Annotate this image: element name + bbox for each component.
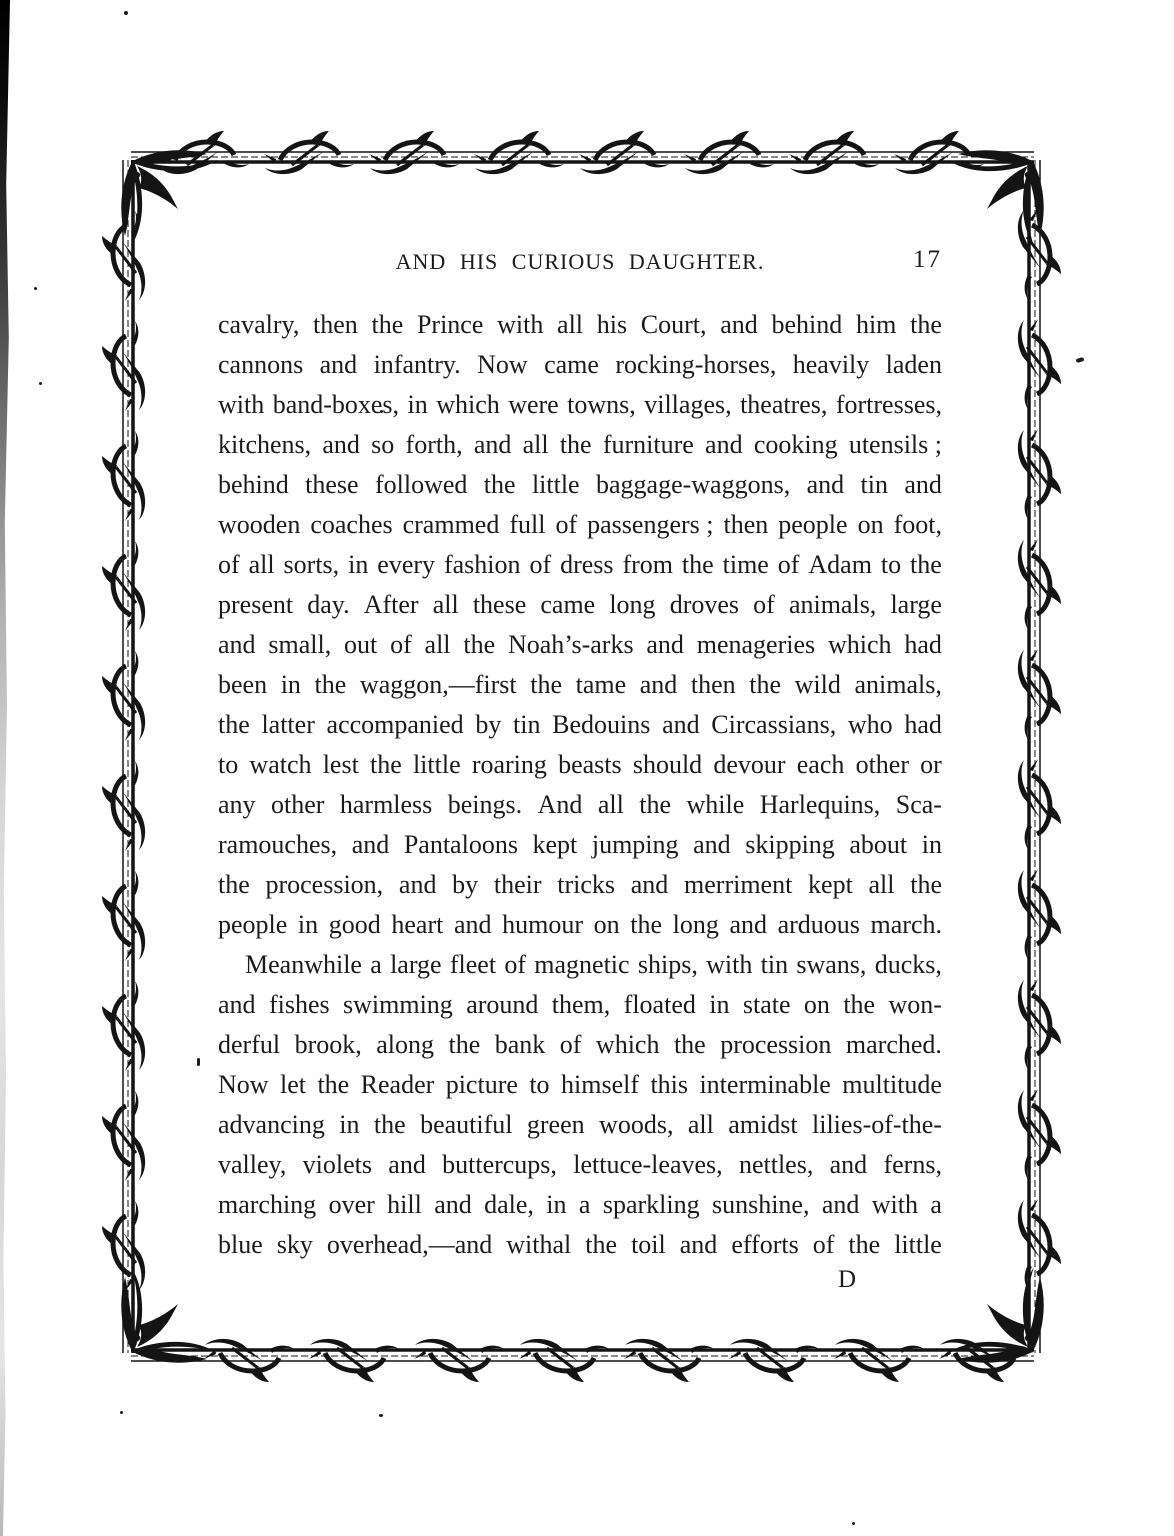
text-line: beeninthewaggon,—firstthetameandthenthew… bbox=[218, 665, 942, 705]
scan-speck bbox=[197, 1058, 200, 1066]
text-line: andsmall,outofalltheNoah’s-arksandmenage… bbox=[218, 625, 942, 665]
text-line: marchingoverhillanddale,inasparklingsuns… bbox=[218, 1185, 942, 1225]
body-text: cavalry,thenthePrincewithallhisCourt,and… bbox=[218, 305, 942, 1265]
page-number: 17 bbox=[218, 246, 942, 274]
book-page: AND HIS CURIOUS DAUGHTER. 17 cavalry,the… bbox=[0, 0, 1174, 1536]
text-line: ofallsorts,ineveryfashionofdressfromthet… bbox=[218, 545, 942, 585]
text-line: withband-boxes,inwhichweretowns,villages… bbox=[218, 385, 942, 425]
text-line: derfulbrook,alongthebankofwhichtheproces… bbox=[218, 1025, 942, 1065]
text-line: behindthesefollowedthelittlebaggage-wagg… bbox=[218, 465, 942, 505]
scan-speck bbox=[120, 1411, 123, 1414]
text-line: cavalry,thenthePrincewithallhisCourt,and… bbox=[218, 305, 942, 345]
scan-speck bbox=[34, 287, 37, 290]
signature-mark: D bbox=[838, 1266, 856, 1294]
text-line: Meanwhilealargefleetofmagneticships,with… bbox=[218, 945, 942, 985]
text-line: advancinginthebeautifulgreenwoods,allami… bbox=[218, 1105, 942, 1145]
text-line: theprocession,andbytheirtricksandmerrime… bbox=[218, 865, 942, 905]
text-line: woodencoachescrammedfullofpassengers ;th… bbox=[218, 505, 942, 545]
scan-speck bbox=[380, 410, 383, 413]
text-line: NowlettheReaderpicturetohimselfthisinter… bbox=[218, 1065, 942, 1105]
text-line: presentday.Afterallthesecamelongdrovesof… bbox=[218, 585, 942, 625]
text-line: cannonsandinfantry.Nowcamerocking-horses… bbox=[218, 345, 942, 385]
text-line: towatchlestthelittleroaringbeastsshouldd… bbox=[218, 745, 942, 785]
text-line: valley,violetsandbuttercups,lettuce-leav… bbox=[218, 1145, 942, 1185]
text-line: peopleingoodheartandhumouronthelongandar… bbox=[218, 905, 942, 945]
text-line: thelatteraccompaniedbytinBedouinsandCirc… bbox=[218, 705, 942, 745]
scan-speck bbox=[379, 1414, 383, 1417]
scan-speck bbox=[39, 382, 42, 385]
text-line: anyotherharmlessbeings.AndallthewhileHar… bbox=[218, 785, 942, 825]
text-line: ramouches,andPantaloonskeptjumpingandski… bbox=[218, 825, 942, 865]
text-line: kitchens,andsoforth,andallthefurniturean… bbox=[218, 425, 942, 465]
text-line: andfishesswimmingaroundthem,floatedinsta… bbox=[218, 985, 942, 1025]
scan-speck bbox=[852, 1522, 855, 1525]
scan-speck bbox=[124, 11, 128, 15]
text-line: blueskyoverhead,—andwithalthetoilandeffo… bbox=[218, 1225, 942, 1265]
